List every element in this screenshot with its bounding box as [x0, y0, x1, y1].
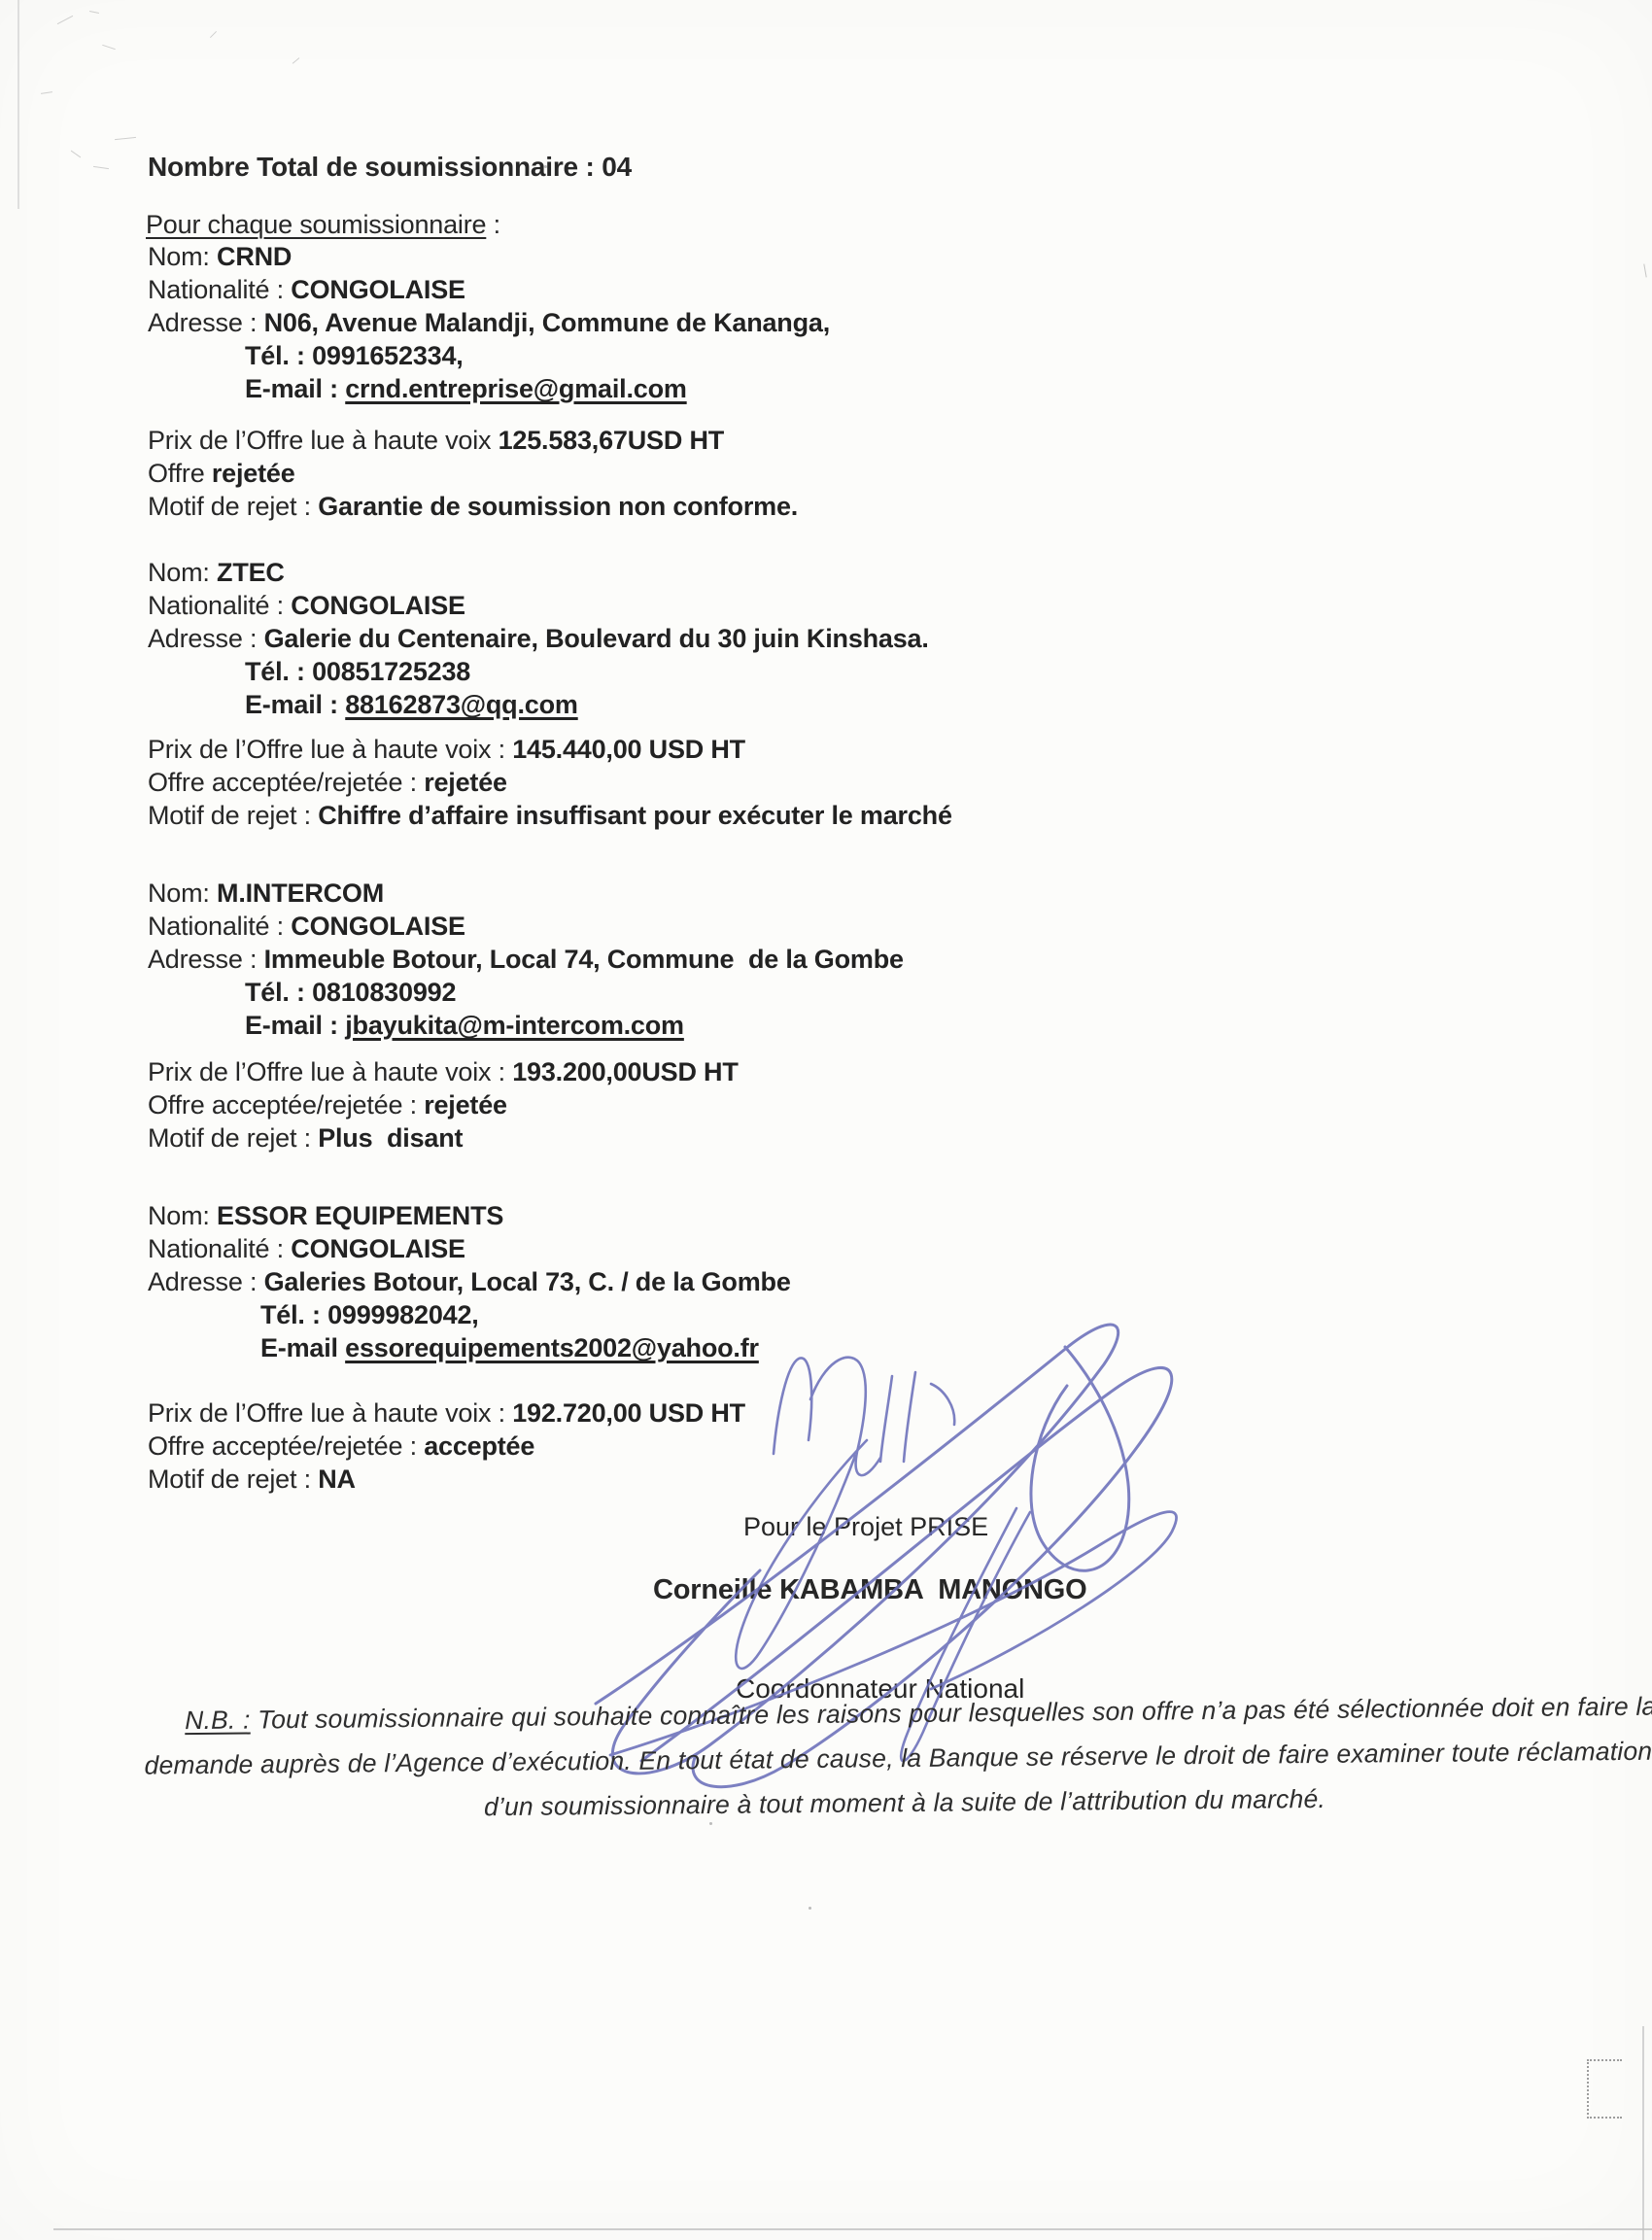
adresse-line: Adresse : N06, Avenue Malandji, Commune …	[148, 306, 830, 339]
nationalite-label: Nationalité :	[148, 912, 284, 941]
signature-for-line: Pour le Projet PRISE	[743, 1512, 988, 1542]
nb-line-1: N.B. : Tout soumissionnaire qui souhaite…	[185, 1691, 1652, 1737]
bidder-1-offer: Prix de l’Offre lue à haute voix 125.583…	[148, 424, 798, 523]
prix-label: Prix de l’Offre lue à haute voix :	[148, 735, 505, 764]
adresse-value: Galeries Botour, Local 73, C. / de la Go…	[264, 1267, 791, 1296]
motif-value: Plus disant	[318, 1123, 463, 1153]
email-line: E-mail : crnd.entreprise@gmail.com	[148, 372, 830, 405]
scan-speckle	[102, 45, 116, 50]
nom-line: Nom: ESSOR EQUIPEMENTS	[148, 1199, 791, 1232]
email-label: E-mail :	[245, 690, 338, 719]
prix-line: Prix de l’Offre lue à haute voix 125.583…	[148, 424, 798, 457]
scan-speckle	[115, 137, 136, 140]
tel-value: Tél. : 00851725238	[245, 657, 470, 686]
adresse-value: Immeuble Botour, Local 74, Commune de la…	[264, 945, 904, 974]
adresse-label: Adresse :	[148, 945, 257, 974]
nationalite-line: Nationalité : CONGOLAISE	[148, 589, 929, 622]
scan-speckle	[93, 166, 109, 169]
prix-value: 145.440,00 USD HT	[512, 735, 745, 764]
motif-label: Motif de rejet :	[148, 1465, 311, 1494]
scan-speckle	[1643, 264, 1646, 278]
intro-colon: :	[486, 210, 500, 239]
bidder-2-offer: Prix de l’Offre lue à haute voix : 145.4…	[148, 733, 952, 832]
page-title: Nombre Total de soumissionnaire : 04	[148, 152, 632, 183]
scan-edge-line-left	[17, 0, 19, 209]
adresse-label: Adresse :	[148, 1267, 257, 1296]
prix-value: 192.720,00 USD HT	[512, 1398, 745, 1428]
nom-label: Nom:	[148, 242, 210, 271]
signatory-name: Corneille KABAMBA MANONGO	[653, 1574, 1086, 1606]
nom-value: ESSOR EQUIPEMENTS	[217, 1201, 503, 1230]
email-value: 88162873@qq.com	[345, 690, 577, 719]
adresse-line: Adresse : Immeuble Botour, Local 74, Com…	[148, 943, 904, 976]
offre-value: rejetée	[424, 768, 507, 797]
email-line: E-mail essorequipements2002@yahoo.fr	[148, 1331, 791, 1364]
nationalite-line: Nationalité : CONGOLAISE	[148, 910, 904, 943]
offre-value: acceptée	[424, 1431, 534, 1461]
nationalite-value: CONGOLAISE	[291, 1234, 465, 1263]
motif-value: Garantie de soumission non conforme.	[318, 492, 798, 521]
tel-value: Tél. : 0991652334,	[245, 341, 464, 370]
prix-line: Prix de l’Offre lue à haute voix : 192.7…	[148, 1396, 745, 1430]
email-line: E-mail : 88162873@qq.com	[148, 688, 929, 721]
bidder-4-identity: Nom: ESSOR EQUIPEMENTS Nationalité : CON…	[148, 1199, 791, 1364]
dotted-bracket-mark	[1587, 2059, 1622, 2119]
motif-value: NA	[318, 1465, 356, 1494]
bidder-3-offer: Prix de l’Offre lue à haute voix : 193.2…	[148, 1055, 739, 1154]
email-line: E-mail : jbayukita@m-intercom.com	[148, 1009, 904, 1042]
scan-speckle	[71, 151, 81, 158]
nb-label: N.B. :	[185, 1706, 251, 1736]
email-value: jbayukita@m-intercom.com	[345, 1011, 684, 1040]
motif-label: Motif de rejet :	[148, 801, 311, 830]
motif-line: Motif de rejet : Garantie de soumission …	[148, 490, 798, 523]
nom-label: Nom:	[148, 558, 210, 587]
scan-edge-line-bottom	[53, 2228, 1652, 2230]
motif-label: Motif de rejet :	[148, 492, 311, 521]
scan-speckle	[41, 91, 52, 94]
motif-value: Chiffre d’affaire insuffisant pour exécu…	[318, 801, 952, 830]
prix-label: Prix de l’Offre lue à haute voix :	[148, 1057, 505, 1086]
email-label: E-mail :	[245, 374, 338, 403]
offre-label: Offre	[148, 459, 205, 488]
motif-line: Motif de rejet : NA	[148, 1463, 745, 1496]
nom-value: M.INTERCOM	[217, 879, 384, 908]
nationalite-value: CONGOLAISE	[291, 591, 465, 620]
email-label: E-mail :	[245, 1011, 338, 1040]
offre-value: rejetée	[212, 459, 295, 488]
adresse-line: Adresse : Galerie du Centenaire, Bouleva…	[148, 622, 929, 655]
offre-label: Offre acceptée/rejetée :	[148, 768, 417, 797]
offre-line: Offre rejetée	[148, 457, 798, 490]
offre-line: Offre acceptée/rejetée : acceptée	[148, 1430, 745, 1463]
prix-label: Prix de l’Offre lue à haute voix :	[148, 1398, 505, 1428]
scan-speckle	[210, 31, 217, 38]
scan-speckle	[57, 16, 73, 24]
prix-label: Prix de l’Offre lue à haute voix	[148, 426, 491, 455]
scan-speckle	[89, 11, 99, 14]
nationalite-value: CONGOLAISE	[291, 275, 465, 304]
adresse-label: Adresse :	[148, 308, 257, 337]
nb-line-2: demande auprès de l’Agence d’exécution. …	[144, 1736, 1652, 1781]
intro-label: Pour chaque soumissionnaire	[146, 210, 486, 239]
scan-speckle	[293, 57, 300, 64]
prix-line: Prix de l’Offre lue à haute voix : 193.2…	[148, 1055, 739, 1088]
scanned-document-page: Nombre Total de soumissionnaire : 04 Pou…	[0, 0, 1652, 2240]
adresse-value: N06, Avenue Malandji, Commune de Kananga…	[264, 308, 830, 337]
nb-line-3: d’un soumissionnaire à tout moment à la …	[484, 1783, 1325, 1822]
nom-line: Nom: M.INTERCOM	[148, 877, 904, 910]
bidder-2-identity: Nom: ZTEC Nationalité : CONGOLAISE Adres…	[148, 556, 929, 721]
nationalite-label: Nationalité :	[148, 591, 284, 620]
tel-line: Tél. : 00851725238	[148, 655, 929, 688]
motif-line: Motif de rejet : Plus disant	[148, 1121, 739, 1154]
adresse-value: Galerie du Centenaire, Boulevard du 30 j…	[264, 624, 929, 653]
prix-value: 193.200,00USD HT	[512, 1057, 738, 1086]
tel-value: Tél. : 0999982042,	[260, 1300, 479, 1329]
nationalite-label: Nationalité :	[148, 1234, 284, 1263]
tel-line: Tél. : 0991652334,	[148, 339, 830, 372]
tel-line: Tél. : 0810830992	[148, 976, 904, 1009]
bidder-4-offer: Prix de l’Offre lue à haute voix : 192.7…	[148, 1396, 745, 1496]
prix-value: 125.583,67USD HT	[499, 426, 724, 455]
prix-line: Prix de l’Offre lue à haute voix : 145.4…	[148, 733, 952, 766]
nom-line: Nom: CRND	[148, 240, 830, 273]
nationalite-line: Nationalité : CONGOLAISE	[148, 1232, 791, 1265]
bidder-1-identity: Nom: CRND Nationalité : CONGOLAISE Adres…	[148, 240, 830, 405]
nom-label: Nom:	[148, 1201, 210, 1230]
email-label: E-mail	[260, 1333, 338, 1362]
offre-label: Offre acceptée/rejetée :	[148, 1090, 417, 1120]
offre-label: Offre acceptée/rejetée :	[148, 1431, 417, 1461]
nom-label: Nom:	[148, 879, 210, 908]
nationalite-line: Nationalité : CONGOLAISE	[148, 273, 830, 306]
nom-value: ZTEC	[217, 558, 285, 587]
offre-line: Offre acceptée/rejetée : rejetée	[148, 766, 952, 799]
email-value: essorequipements2002@yahoo.fr	[345, 1333, 759, 1362]
adresse-label: Adresse :	[148, 624, 257, 653]
tel-line: Tél. : 0999982042,	[148, 1298, 791, 1331]
scan-edge-line-right	[1642, 2026, 1644, 2240]
nb-text-1: Tout soumissionnaire qui souhaite connaî…	[250, 1692, 1652, 1735]
nom-value: CRND	[217, 242, 292, 271]
motif-line: Motif de rejet : Chiffre d’affaire insuf…	[148, 799, 952, 832]
offre-value: rejetée	[424, 1090, 507, 1120]
motif-label: Motif de rejet :	[148, 1123, 311, 1153]
nom-line: Nom: ZTEC	[148, 556, 929, 589]
nationalite-value: CONGOLAISE	[291, 912, 465, 941]
scan-dot	[809, 1907, 811, 1910]
email-value: crnd.entreprise@gmail.com	[345, 374, 686, 403]
nb-note: N.B. : Tout soumissionnaire qui souhaite…	[0, 1691, 1652, 1852]
bidder-3-identity: Nom: M.INTERCOM Nationalité : CONGOLAISE…	[148, 877, 904, 1042]
offre-line: Offre acceptée/rejetée : rejetée	[148, 1088, 739, 1121]
intro-line: Pour chaque soumissionnaire :	[146, 208, 500, 241]
adresse-line: Adresse : Galeries Botour, Local 73, C. …	[148, 1265, 791, 1298]
tel-value: Tél. : 0810830992	[245, 978, 456, 1007]
nationalite-label: Nationalité :	[148, 275, 284, 304]
